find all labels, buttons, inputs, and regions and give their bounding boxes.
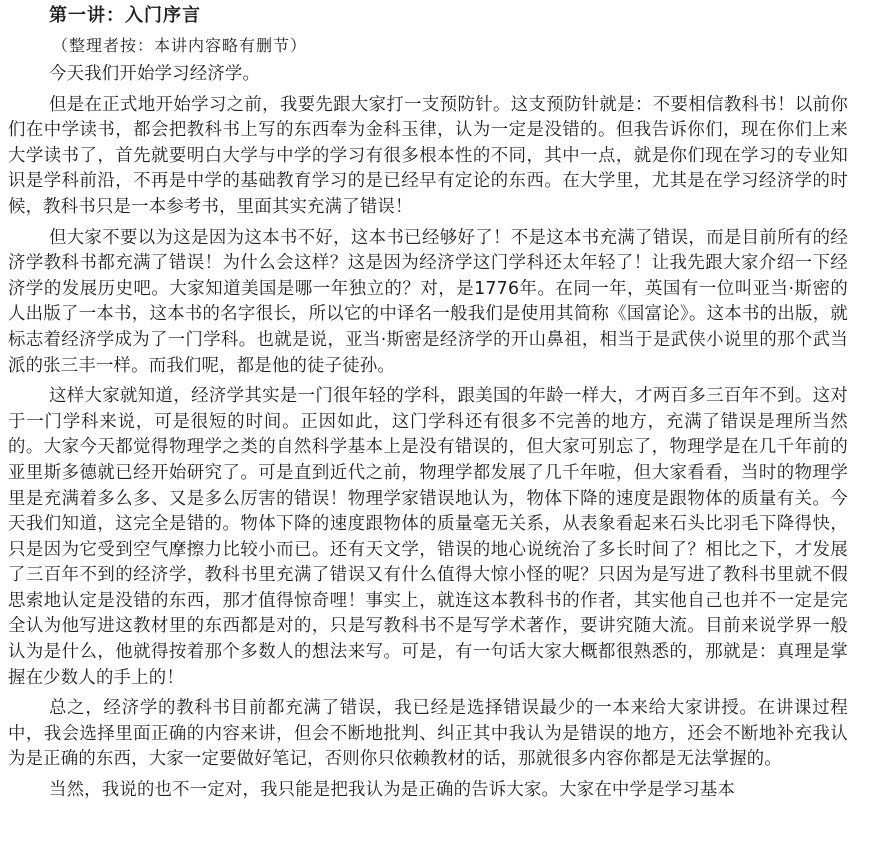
paragraph-textbook-warning: 但是在正式地开始学习之前，我要先跟大家打一支预防针。这支预防针就是：不要相信教科… [8, 93, 848, 221]
editor-note: （整理者按：本讲内容略有删节） [8, 30, 848, 60]
lecture-title: 第一讲：入门序言 [8, 4, 848, 30]
paragraph-economics-history: 但大家不要以为这是因为这本书不好，这本书已经够好了！不是这本书充满了错误，而是目… [8, 226, 848, 380]
paragraph-caveat: 当然，我说的也不一定对，我只能是把我认为是正确的告诉大家。大家在中学是学习基本 [8, 778, 848, 804]
document-page: 第一讲：入门序言 （整理者按：本讲内容略有删节） 今天我们开始学习经济学。 但是… [8, 4, 848, 809]
paragraph-intro: 今天我们开始学习经济学。 [8, 62, 848, 88]
paragraph-summary: 总之，经济学的教科书目前都充满了错误，我已经是选择错误最少的一本来给大家讲授。在… [8, 696, 848, 773]
paragraph-young-discipline: 这样大家就知道，经济学其实是一门很年轻的学科，跟美国的年龄一样大，才两百多三百年… [8, 384, 848, 691]
